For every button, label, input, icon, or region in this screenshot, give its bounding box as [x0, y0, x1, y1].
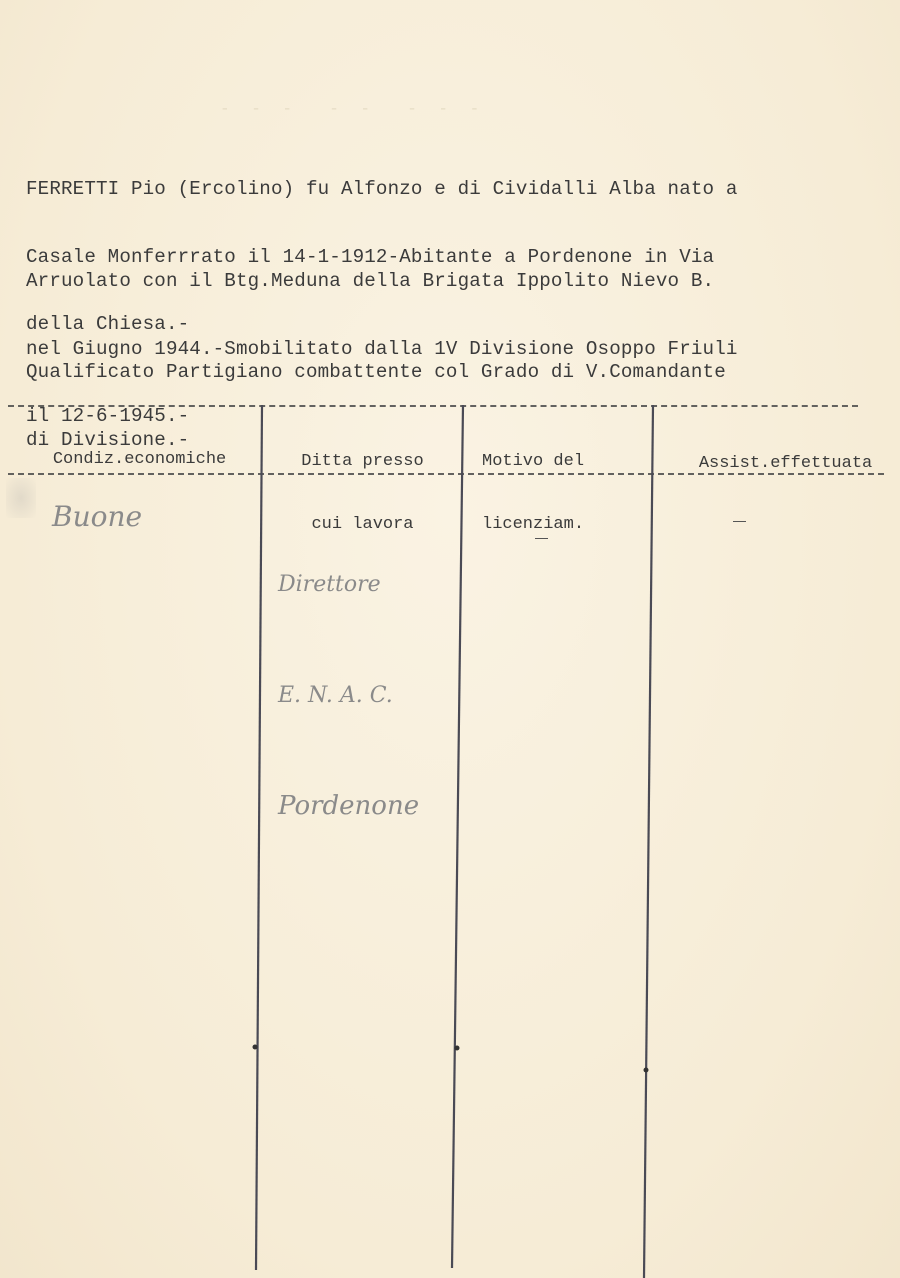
- header-text: Assist.effettuata: [699, 454, 872, 473]
- header-text: Motivo del: [482, 451, 584, 472]
- cell-motivo-dash: [535, 538, 548, 539]
- header-text: Ditta presso: [280, 451, 445, 472]
- column-header-condizioni: Condiz.economiche: [12, 428, 226, 491]
- header-text: Condiz.economiche: [53, 450, 226, 469]
- table-top-rule: [8, 405, 858, 407]
- handwritten-line: Pordenone: [278, 788, 419, 825]
- handwritten-line: Direttore: [278, 566, 419, 603]
- column-header-motivo: Motivo del licenziam.: [482, 409, 584, 577]
- column-header-assistenza: Assist.effettuata: [658, 432, 872, 495]
- header-text: licenziam.: [482, 514, 584, 535]
- text-line: Qualificato Partigiano combattente col G…: [26, 361, 726, 384]
- pencil-smudge: [6, 478, 36, 518]
- text-line: Arruolato con il Btg.Meduna della Brigat…: [26, 270, 738, 293]
- cell-ditta-handwritten: Direttore E. N. A. C. Pordenone: [278, 492, 419, 899]
- faded-show-through-text: - - - - - - - -: [220, 100, 485, 118]
- handwritten-line: E. N. A. C.: [278, 677, 419, 714]
- cell-condizioni-handwritten: Buone: [52, 500, 142, 534]
- text-line: FERRETTI Pio (Ercolino) fu Alfonzo e di …: [26, 178, 738, 201]
- cell-assistenza-dash: [733, 521, 746, 522]
